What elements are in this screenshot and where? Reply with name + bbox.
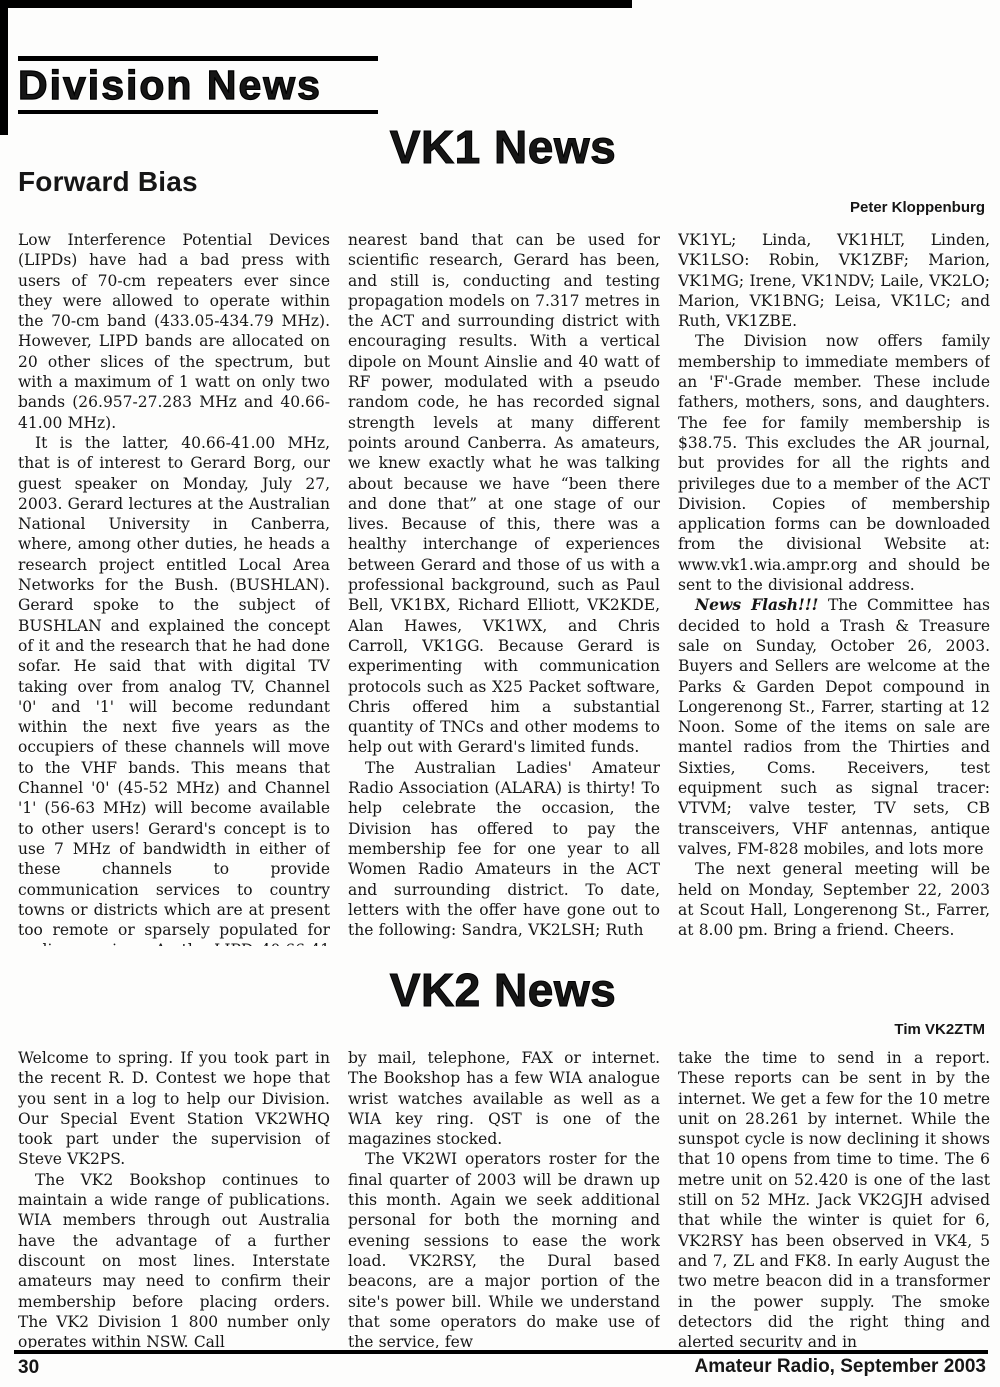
vk1-column-2: nearest band that can be used for scient… bbox=[348, 230, 660, 946]
paragraph: take the time to send in a report. These… bbox=[678, 1048, 990, 1348]
vk2-article-columns: Welcome to spring. If you took part in t… bbox=[18, 1048, 990, 1348]
paragraph: nearest band that can be used for scient… bbox=[348, 230, 660, 758]
page-number: 30 bbox=[18, 1357, 39, 1379]
news-flash-lead: News Flash!!! bbox=[695, 595, 818, 614]
paragraph: News Flash!!! The Committee has decided … bbox=[678, 595, 990, 859]
section-title: Division News bbox=[18, 56, 378, 114]
paragraph: The Division now offers family membershi… bbox=[678, 331, 990, 595]
vk2-column-3: take the time to send in a report. These… bbox=[678, 1048, 990, 1348]
paragraph: VK1YL; Linda, VK1HLT, Linden, VK1LSO: Ro… bbox=[678, 230, 990, 331]
paragraph: The VK2 Bookshop continues to maintain a… bbox=[18, 1170, 330, 1348]
footer-rule bbox=[14, 1350, 988, 1354]
vk1-column-3: VK1YL; Linda, VK1HLT, Linden, VK1LSO: Ro… bbox=[678, 230, 990, 946]
journal-footer: Amateur Radio, September 2003 bbox=[695, 1356, 986, 1378]
paragraph: The VK2WI operators roster for the final… bbox=[348, 1149, 660, 1348]
magazine-page: Division News VK1 News Forward Bias Pete… bbox=[0, 0, 1000, 1387]
forward-bias-heading: Forward Bias bbox=[18, 166, 198, 198]
scan-artifact-left-bar bbox=[0, 0, 8, 135]
vk1-byline: Peter Kloppenburg bbox=[850, 199, 985, 216]
vk1-article-columns: Low Interference Potential Devices (LIPD… bbox=[18, 230, 990, 946]
scan-artifact-top-bar bbox=[0, 0, 632, 8]
vk2-column-2: by mail, telephone, FAX or internet. The… bbox=[348, 1048, 660, 1348]
vk2-column-1: Welcome to spring. If you took part in t… bbox=[18, 1048, 330, 1348]
paragraph-text: The Committee has decided to hold a Tras… bbox=[678, 596, 990, 858]
vk1-column-1: Low Interference Potential Devices (LIPD… bbox=[18, 230, 330, 946]
paragraph: Welcome to spring. If you took part in t… bbox=[18, 1048, 330, 1170]
paragraph: by mail, telephone, FAX or internet. The… bbox=[348, 1048, 660, 1149]
vk2-news-heading: VK2 News bbox=[18, 963, 988, 1017]
paragraph: The next general meeting will be held on… bbox=[678, 859, 990, 940]
paragraph: It is the latter, 40.66-41.00 MHz, that … bbox=[18, 433, 330, 946]
paragraph: The Australian Ladies' Amateur Radio Ass… bbox=[348, 758, 660, 941]
paragraph: Low Interference Potential Devices (LIPD… bbox=[18, 230, 330, 433]
vk2-byline: Tim VK2ZTM bbox=[894, 1021, 985, 1038]
